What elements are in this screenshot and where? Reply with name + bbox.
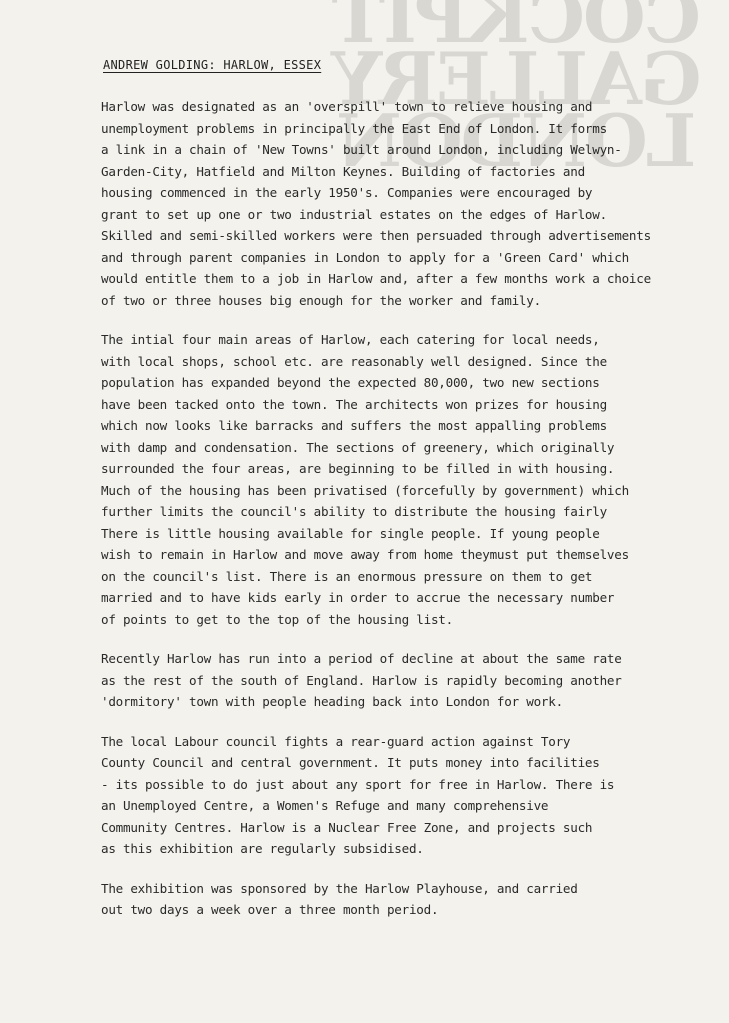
document-body: Harlow was designated as an 'overspill' … [101,96,701,939]
paragraph-overspill: Harlow was designated as an 'overspill' … [101,96,701,311]
paragraph-sponsorship: The exhibition was sponsored by the Harl… [101,878,701,921]
paragraph-housing-areas: The intial four main areas of Harlow, ea… [101,329,701,630]
document-page: COCKPIT GALLERY LONDON ANDREW GOLDING: H… [0,0,729,1023]
document-heading: ANDREW GOLDING: HARLOW, ESSEX [103,58,321,72]
paragraph-council: The local Labour council fights a rear-g… [101,731,701,860]
paragraph-decline: Recently Harlow has run into a period of… [101,648,701,713]
